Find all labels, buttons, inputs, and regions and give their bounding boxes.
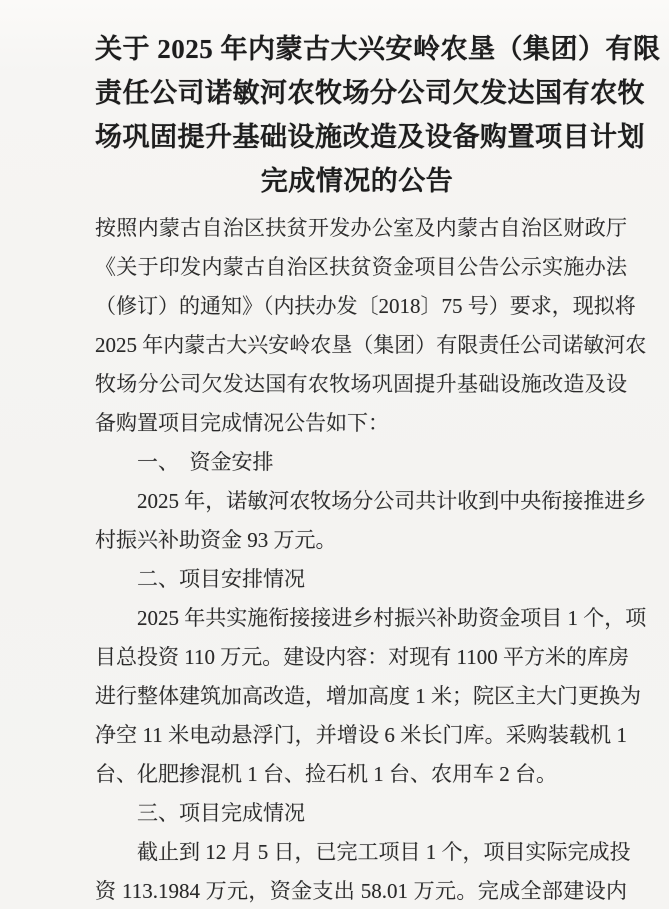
body-line: 村振兴补助资金 93 万元。	[95, 521, 627, 560]
title-line-4: 完成情况的公告	[95, 159, 619, 203]
body-line: 净空 11 米电动悬浮门，并增设 6 米长门库。采购装载机 1	[95, 716, 627, 755]
body-line: 资 113.1984 万元，资金支出 58.01 万元。完成全部建设内	[95, 872, 627, 909]
body-line: 按照内蒙古自治区扶贫开发办公室及内蒙古自治区财政厅	[95, 209, 627, 248]
section-heading-1: 一、 资金安排	[95, 443, 627, 482]
body-line: （修订）的通知》（内扶办发〔2018〕75 号）要求，现拟将	[95, 287, 627, 326]
document-body: 按照内蒙古自治区扶贫开发办公室及内蒙古自治区财政厅 《关于印发内蒙古自治区扶贫资…	[95, 203, 627, 909]
title-line-1: 关于 2025 年内蒙古大兴安岭农垦（集团）有限	[95, 27, 619, 71]
body-line: 目总投资 110 万元。建设内容：对现有 1100 平方米的库房	[95, 638, 627, 677]
document-title: 关于 2025 年内蒙古大兴安岭农垦（集团）有限 责任公司诺敏河农牧场分公司欠发…	[95, 0, 619, 203]
title-line-3: 场巩固提升基础设施改造及设备购置项目计划	[95, 115, 619, 159]
body-line: 截止到 12 月 5 日，已完工项目 1 个，项目实际完成投	[95, 833, 627, 872]
body-line: 备购置项目完成情况公告如下：	[95, 404, 627, 443]
section-heading-3: 三、项目完成情况	[95, 794, 627, 833]
body-line: 台、化肥掺混机 1 台、捡石机 1 台、农用车 2 台。	[95, 755, 627, 794]
document-page: 关于 2025 年内蒙古大兴安岭农垦（集团）有限 责任公司诺敏河农牧场分公司欠发…	[0, 0, 669, 909]
body-line: 牧场分公司欠发达国有农牧场巩固提升基础设施改造及设	[95, 365, 627, 404]
title-line-2: 责任公司诺敏河农牧场分公司欠发达国有农牧	[95, 71, 619, 115]
body-line: 2025 年共实施衔接接进乡村振兴补助资金项目 1 个，项	[95, 599, 627, 638]
section-heading-2: 二、项目安排情况	[95, 560, 627, 599]
body-line: 进行整体建筑加高改造，增加高度 1 米；院区主大门更换为	[95, 677, 627, 716]
body-line: 2025 年内蒙古大兴安岭农垦（集团）有限责任公司诺敏河农	[95, 326, 627, 365]
body-line: 《关于印发内蒙古自治区扶贫资金项目公告公示实施办法	[95, 248, 627, 287]
body-line: 2025 年，诺敏河农牧场分公司共计收到中央衔接推进乡	[95, 482, 627, 521]
